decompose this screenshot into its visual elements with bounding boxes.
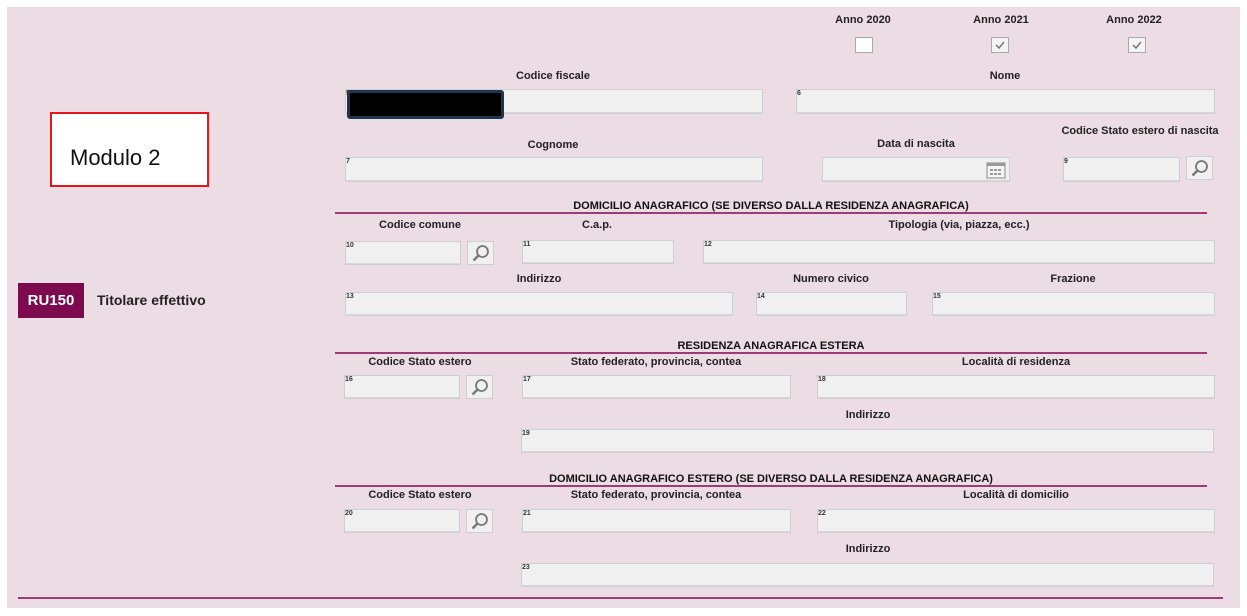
cognome-field[interactable]: 7: [345, 157, 763, 182]
section-divider: [335, 212, 1207, 214]
tipologia-field[interactable]: 12: [703, 240, 1215, 264]
res-stato-federato-label: Stato federato, provincia, contea: [522, 356, 790, 369]
search-icon: [470, 512, 490, 530]
res-stato-federato-field[interactable]: 17: [522, 375, 791, 399]
year-label-2022: Anno 2022: [1089, 14, 1179, 27]
dom-codice-stato-label: Codice Stato estero: [345, 489, 495, 502]
search-icon: [1190, 159, 1210, 177]
checkmark-icon: [1131, 40, 1143, 50]
year-label-2021: Anno 2021: [956, 14, 1046, 27]
year-checkbox-2022[interactable]: [1128, 37, 1146, 53]
codice-comune-field[interactable]: 10: [345, 241, 461, 265]
data-nascita-field[interactable]: [822, 157, 1010, 182]
domicilio-indirizzo-field[interactable]: 13: [345, 292, 733, 316]
dom-stato-federato-label: Stato federato, provincia, contea: [522, 489, 790, 502]
codice-comune-label: Codice comune: [345, 219, 495, 232]
codice-comune-search-button[interactable]: [467, 241, 494, 265]
res-indirizzo-label: Indirizzo: [522, 409, 1214, 422]
redaction-box: [347, 90, 504, 119]
tipologia-label: Tipologia (via, piazza, ecc.): [703, 219, 1215, 232]
cap-field[interactable]: 11: [522, 240, 674, 264]
numero-civico-field[interactable]: 14: [756, 292, 907, 316]
checkmark-icon: [994, 40, 1006, 50]
domicilio-indirizzo-label: Indirizzo: [345, 273, 733, 286]
dom-localita-label: Località di domicilio: [817, 489, 1215, 502]
data-nascita-label: Data di nascita: [822, 138, 1010, 151]
search-icon: [471, 244, 491, 262]
year-checkbox-2021[interactable]: [991, 37, 1009, 53]
bottom-divider: [18, 597, 1223, 599]
stato-estero-nascita-field[interactable]: 9: [1063, 157, 1180, 182]
section-divider: [335, 352, 1207, 354]
dom-localita-field[interactable]: 22: [817, 509, 1215, 533]
res-codice-stato-field[interactable]: 16: [344, 375, 460, 399]
section-divider: [335, 485, 1207, 487]
residenza-estera-section-title: RESIDENZA ANAGRAFICA ESTERA: [335, 340, 1207, 352]
domicilio-estero-section-title: DOMICILIO ANAGRAFICO ESTERO (SE DIVERSO …: [335, 473, 1207, 485]
stato-estero-nascita-label: Codice Stato estero di nascita: [1060, 125, 1220, 138]
nome-field[interactable]: 6: [796, 89, 1215, 114]
frazione-label: Frazione: [932, 273, 1214, 286]
domicilio-section-title: DOMICILIO ANAGRAFICO (SE DIVERSO DALLA R…: [335, 200, 1207, 212]
res-localita-field[interactable]: 18: [817, 375, 1215, 399]
dom-stato-federato-field[interactable]: 21: [522, 509, 791, 533]
res-localita-label: Località di residenza: [817, 356, 1215, 369]
year-checkbox-2020[interactable]: [855, 37, 873, 53]
search-icon: [470, 378, 490, 396]
cap-label: C.a.p.: [522, 219, 672, 232]
dom-indirizzo-label: Indirizzo: [522, 543, 1214, 556]
codice-fiscale-label: Codice fiscale: [345, 70, 761, 83]
section-title: Titolare effettivo: [97, 292, 206, 308]
modulo-annotation: Modulo 2: [50, 112, 209, 187]
nome-label: Nome: [796, 70, 1214, 83]
calendar-icon[interactable]: [986, 161, 1006, 179]
section-code-badge: RU150: [18, 283, 84, 318]
dom-codice-stato-search-button[interactable]: [466, 509, 493, 533]
year-label-2020: Anno 2020: [818, 14, 908, 27]
frazione-field[interactable]: 15: [932, 292, 1215, 316]
numero-civico-label: Numero civico: [756, 273, 906, 286]
dom-indirizzo-field[interactable]: 23: [521, 563, 1214, 587]
res-codice-stato-search-button[interactable]: [466, 375, 493, 399]
cognome-label: Cognome: [345, 139, 761, 152]
stato-estero-nascita-search-button[interactable]: [1186, 156, 1213, 180]
res-indirizzo-field[interactable]: 19: [521, 429, 1214, 453]
modulo-label: Modulo 2: [70, 145, 161, 171]
res-codice-stato-label: Codice Stato estero: [345, 356, 495, 369]
dom-codice-stato-field[interactable]: 20: [344, 509, 460, 533]
